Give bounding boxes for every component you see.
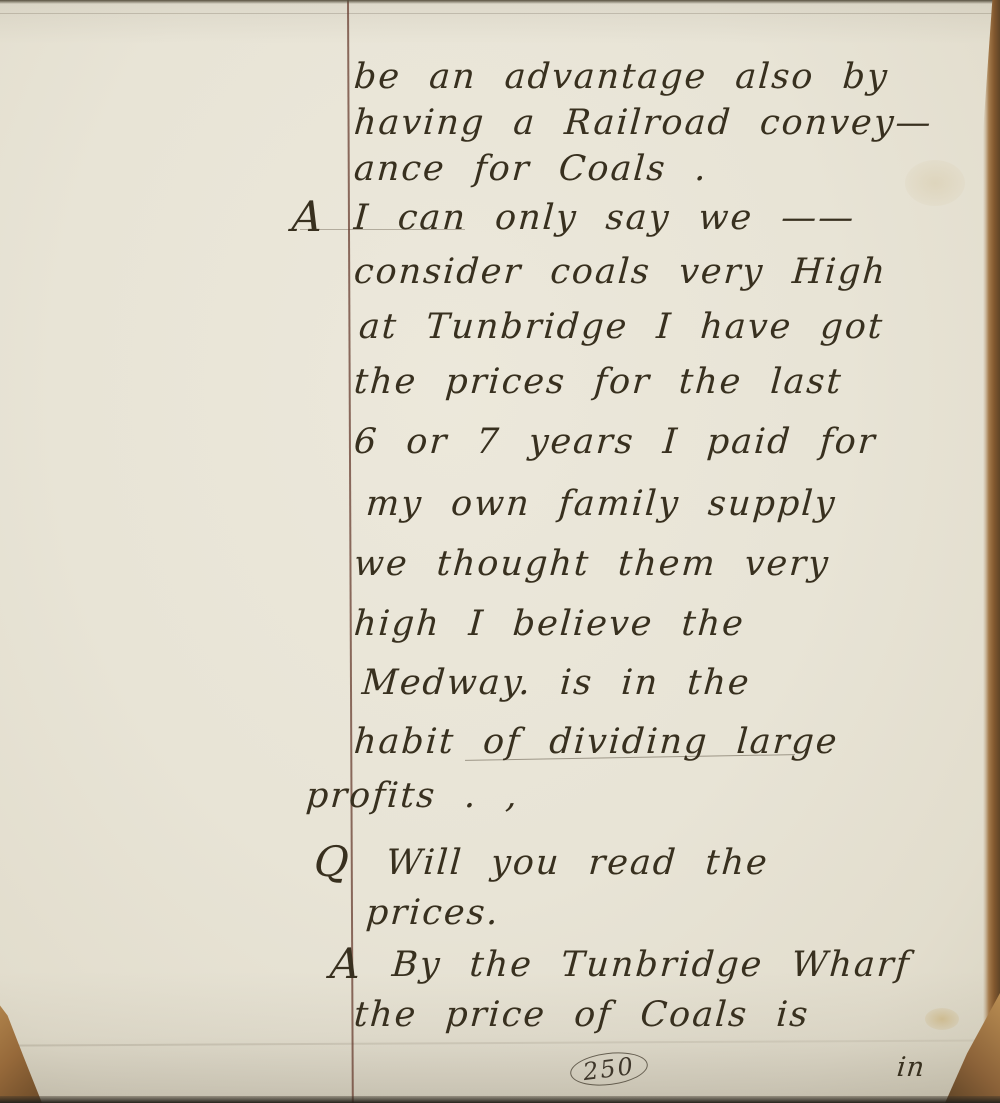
- binding-edge-right: [983, 0, 1000, 1103]
- catchword: in: [895, 1052, 926, 1083]
- page-number: 250: [568, 1048, 649, 1089]
- scan-edge-bottom: [0, 1096, 1000, 1103]
- page-footer: 250 in: [0, 0, 1000, 1103]
- scan-edge-top: [0, 0, 1000, 4]
- manuscript-page: be an advantage also by having a Railroa…: [0, 0, 1000, 1103]
